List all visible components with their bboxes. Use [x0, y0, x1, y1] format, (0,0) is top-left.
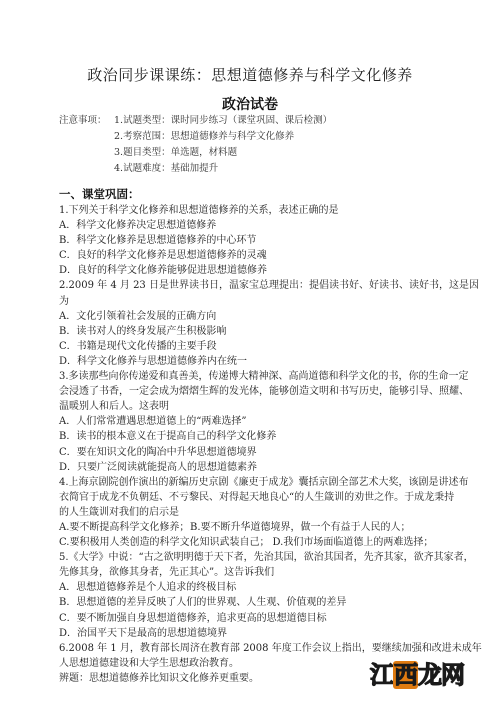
- option-b: B．思想道德的差异反映了人们的世界观、人生观、价值观的差异: [59, 595, 454, 610]
- option-c: C．要不断加强自身思想道德修养，追求更高的思想道德目标: [59, 611, 454, 626]
- question-stem-cont: 温暖别人和后人。这表明: [59, 399, 454, 414]
- option-b: B.要不断升华道德境界，做一个有益于人民的人；: [190, 520, 411, 535]
- option-d: D．治国平天下是最高的思想道德境界: [59, 626, 454, 641]
- question-stem: 2.2009 年 4 月 23 日是世界读书日，温家宝总理提出：提倡读书好、好读…: [59, 278, 454, 293]
- question-5: 5.《大学》中说：“古之欲明明德于天下者，先治其国，欲治其国者，先齐其家，欲齐其…: [59, 550, 454, 641]
- watermark-char: 江: [370, 661, 393, 689]
- question-stem: 5.《大学》中说：“古之欲明明德于天下者，先治其国，欲治其国者，先齐其家，欲齐其…: [59, 550, 454, 565]
- note-item: 4.试题难度：基础加提升: [59, 161, 332, 177]
- option-d: D.我们市场面临道德上的两难选择；: [269, 535, 433, 550]
- note-item: 1.试题类型：课时同步练习（课堂巩固、课后检测）: [114, 113, 332, 129]
- question-stem-cont: 先修其身，欲修其身者，先正其心”。这告诉我们: [59, 565, 454, 580]
- options-row: A.要不断提高科学文化修养； B.要不断升华道德境界，做一个有益于人民的人；: [59, 520, 454, 535]
- question-stem: 4.上海京剧院创作演出的新编历史京剧《廉吏于成龙》囊括京剧全部艺术大奖，该剧是讲…: [59, 475, 454, 490]
- option-c: C．书籍是现代文化传播的主要手段: [59, 339, 454, 354]
- site-watermark-logo: 江西龙网: [370, 661, 464, 689]
- watermark-char: 龙: [418, 661, 441, 689]
- option-b: B．读书对人的终身发展产生积极影响: [59, 324, 454, 339]
- document-title: 政治同步课课练：思想道德修养与科学文化修养: [0, 64, 500, 85]
- notes-label: 注意事项：: [59, 113, 114, 129]
- question-stem-cont: 衣简官于成龙不负朝廷、不亏黎民、对得起天地良心“的人生箴训的劝世之作。于成龙秉持: [59, 490, 454, 505]
- question-stem: 6.2008 年 1 月，教育部长周济在教育部 2008 年度工作会议上指出，要…: [59, 641, 454, 656]
- option-d: D．只要广泛阅读就能提高人的思想道德素养: [59, 460, 454, 475]
- notes-block: 注意事项： 1.试题类型：课时同步练习（课堂巩固、课后检测） 2.考察范围：思想…: [59, 113, 332, 177]
- option-a: A．文化引领着社会发展的正确方向: [59, 309, 454, 324]
- options-row: C.要积极用人类创造的科学文化知识武装自己； D.我们市场面临道德上的两难选择；: [59, 535, 454, 550]
- option-a: A．人们常常遭遇思想道德上的“两难选择”: [59, 414, 454, 429]
- option-a: A．科学文化修养决定思想道德修养: [59, 218, 454, 233]
- watermark-char: 网: [441, 661, 464, 689]
- question-stem: 1.下列关于科学文化修养和思想道德修养的关系，表述正确的是: [59, 203, 454, 218]
- option-b: B．读书的根本意义在于提高自己的科学文化修养: [59, 429, 454, 444]
- option-c: C．良好的科学文化修养是思想道德修养的灵魂: [59, 248, 454, 263]
- option-d: D．科学文化修养与思想道德修养内在统一: [59, 354, 454, 369]
- question-1: 1.下列关于科学文化修养和思想道德修养的关系，表述正确的是 A．科学文化修养决定…: [59, 203, 454, 278]
- question-stem-cont: 为: [59, 294, 454, 309]
- option-d: D．良好的科学文化修养能够促进思想道德修养: [59, 263, 454, 278]
- question-2: 2.2009 年 4 月 23 日是世界读书日，温家宝总理提出：提倡读书好、好读…: [59, 278, 454, 369]
- question-stem-cont: 会浸透了书香，一定会成为熠熠生辉的发光体，能够创造文明和书写历史，能够引导、照耀…: [59, 384, 454, 399]
- question-stem: 3.多读那些向你传递爱和真善美，传递博大精神深、高尚道德和科学文化的书，你的生命…: [59, 369, 454, 384]
- option-c: C．要在知识文化的陶冶中升华思想道德境界: [59, 445, 454, 460]
- note-item: 3.题目类型：单选题，材料题: [59, 145, 332, 161]
- question-4: 4.上海京剧院创作演出的新编历史京剧《廉吏于成龙》囊括京剧全部艺术大奖，该剧是讲…: [59, 475, 454, 550]
- document-page: 政治同步课课练：思想道德修养与科学文化修养 政治试卷 注意事项： 1.试题类型：…: [0, 0, 500, 707]
- document-subtitle: 政治试卷: [0, 94, 500, 114]
- option-a: A.要不断提高科学文化修养；: [59, 520, 190, 535]
- section-heading: 一、课堂巩固：: [59, 186, 454, 202]
- question-stem-cont: 的人生箴训对我们的启示是: [59, 505, 454, 520]
- question-3: 3.多读那些向你传递爱和真善美，传递博大精神深、高尚道德和科学文化的书，你的生命…: [59, 369, 454, 475]
- option-b: B．科学文化修养是思想道德修养的中心环节: [59, 233, 454, 248]
- note-item: 2.考察范围：思想道德修养与科学文化修养: [59, 129, 332, 145]
- option-c: C.要积极用人类创造的科学文化知识武装自己；: [59, 535, 269, 550]
- option-a: A．思想道德修养是个人追求的终极目标: [59, 580, 454, 595]
- section-body: 一、课堂巩固： 1.下列关于科学文化修养和思想道德修养的关系，表述正确的是 A．…: [59, 186, 454, 686]
- watermark-char: 西: [393, 661, 418, 689]
